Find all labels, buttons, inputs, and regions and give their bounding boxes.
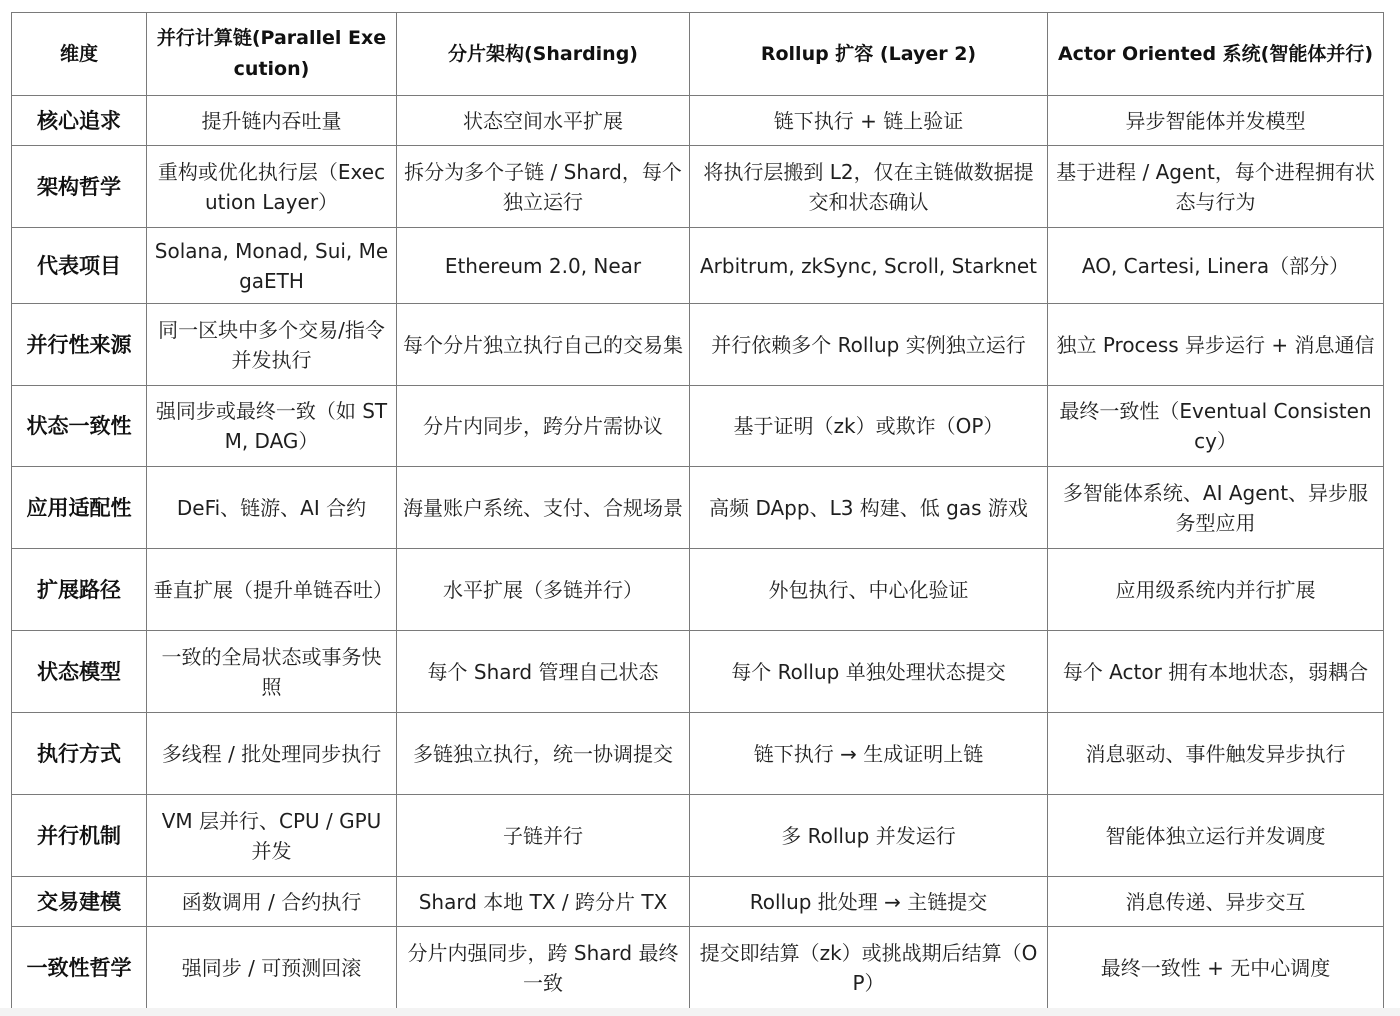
table-cell: 同一区块中多个交易/指令并发执行 bbox=[147, 304, 397, 386]
table-cell: 多 Rollup 并发运行 bbox=[690, 795, 1048, 877]
table-cell: 重构或优化执行层（Execution Layer） bbox=[147, 146, 397, 228]
table-row: 应用适配性 DeFi、链游、AI 合约 海量账户系统、支付、合规场景 高频 DA… bbox=[12, 467, 1384, 549]
table-cell: 提交即结算（zk）或挑战期后结算（OP） bbox=[690, 927, 1048, 1009]
table-cell: 消息传递、异步交互 bbox=[1048, 877, 1384, 927]
table-cell: 链下执行 → 生成证明上链 bbox=[690, 713, 1048, 795]
header-sharding: 分片架构(Sharding) bbox=[397, 13, 690, 96]
table-cell: VM 层并行、CPU / GPU 并发 bbox=[147, 795, 397, 877]
table-cell: 独立 Process 异步运行 + 消息通信 bbox=[1048, 304, 1384, 386]
header-dimension: 维度 bbox=[12, 13, 147, 96]
table-row: 代表项目 Solana, Monad, Sui, MegaETH Ethereu… bbox=[12, 228, 1384, 304]
table-row: 核心追求 提升链内吞吐量 状态空间水平扩展 链下执行 + 链上验证 异步智能体并… bbox=[12, 96, 1384, 146]
row-dimension: 扩展路径 bbox=[12, 549, 147, 631]
row-dimension: 应用适配性 bbox=[12, 467, 147, 549]
header-row: 维度 并行计算链(Parallel Execution) 分片架构(Shardi… bbox=[12, 13, 1384, 96]
table-cell: 外包执行、中心化验证 bbox=[690, 549, 1048, 631]
table-cell: 提升链内吞吐量 bbox=[147, 96, 397, 146]
table-row: 状态一致性 强同步或最终一致（如 STM, DAG） 分片内同步，跨分片需协议 … bbox=[12, 386, 1384, 467]
table-cell: 并行依赖多个 Rollup 实例独立运行 bbox=[690, 304, 1048, 386]
table-cell: 将执行层搬到 L2，仅在主链做数据提交和状态确认 bbox=[690, 146, 1048, 228]
table-cell: 水平扩展（多链并行） bbox=[397, 549, 690, 631]
table-cell: 分片内强同步，跨 Shard 最终一致 bbox=[397, 927, 690, 1009]
table-row: 并行性来源 同一区块中多个交易/指令并发执行 每个分片独立执行自己的交易集 并行… bbox=[12, 304, 1384, 386]
row-dimension: 状态一致性 bbox=[12, 386, 147, 467]
table-cell: 海量账户系统、支付、合规场景 bbox=[397, 467, 690, 549]
table-cell: 基于进程 / Agent，每个进程拥有状态与行为 bbox=[1048, 146, 1384, 228]
table-row: 架构哲学 重构或优化执行层（Execution Layer） 拆分为多个子链 /… bbox=[12, 146, 1384, 228]
row-dimension: 核心追求 bbox=[12, 96, 147, 146]
table-cell: AO, Cartesi, Linera（部分） bbox=[1048, 228, 1384, 304]
table-cell: 每个 Rollup 单独处理状态提交 bbox=[690, 631, 1048, 713]
table-cell: 状态空间水平扩展 bbox=[397, 96, 690, 146]
row-dimension: 架构哲学 bbox=[12, 146, 147, 228]
header-actor-oriented: Actor Oriented 系统(智能体并行) bbox=[1048, 13, 1384, 96]
table-row: 扩展路径 垂直扩展（提升单链吞吐） 水平扩展（多链并行） 外包执行、中心化验证 … bbox=[12, 549, 1384, 631]
table-cell: 子链并行 bbox=[397, 795, 690, 877]
row-dimension: 状态模型 bbox=[12, 631, 147, 713]
table-cell: 分片内同步，跨分片需协议 bbox=[397, 386, 690, 467]
table-row: 一致性哲学 强同步 / 可预测回滚 分片内强同步，跨 Shard 最终一致 提交… bbox=[12, 927, 1384, 1009]
table-cell: DeFi、链游、AI 合约 bbox=[147, 467, 397, 549]
table-cell: 一致的全局状态或事务快照 bbox=[147, 631, 397, 713]
table-cell: Ethereum 2.0, Near bbox=[397, 228, 690, 304]
table-cell: 智能体独立运行并发调度 bbox=[1048, 795, 1384, 877]
table-cell: Rollup 批处理 → 主链提交 bbox=[690, 877, 1048, 927]
table-cell: 每个分片独立执行自己的交易集 bbox=[397, 304, 690, 386]
table-cell: Solana, Monad, Sui, MegaETH bbox=[147, 228, 397, 304]
row-dimension: 一致性哲学 bbox=[12, 927, 147, 1009]
table-cell: 拆分为多个子链 / Shard，每个独立运行 bbox=[397, 146, 690, 228]
table-row: 交易建模 函数调用 / 合约执行 Shard 本地 TX / 跨分片 TX Ro… bbox=[12, 877, 1384, 927]
row-dimension: 代表项目 bbox=[12, 228, 147, 304]
table-row: 状态模型 一致的全局状态或事务快照 每个 Shard 管理自己状态 每个 Rol… bbox=[12, 631, 1384, 713]
table-cell: 高频 DApp、L3 构建、低 gas 游戏 bbox=[690, 467, 1048, 549]
table-row: 执行方式 多线程 / 批处理同步执行 多链独立执行，统一协调提交 链下执行 → … bbox=[12, 713, 1384, 795]
table-cell: 链下执行 + 链上验证 bbox=[690, 96, 1048, 146]
table-cell: 应用级系统内并行扩展 bbox=[1048, 549, 1384, 631]
table-cell: 每个 Actor 拥有本地状态，弱耦合 bbox=[1048, 631, 1384, 713]
table-cell: 多线程 / 批处理同步执行 bbox=[147, 713, 397, 795]
table-cell: 强同步或最终一致（如 STM, DAG） bbox=[147, 386, 397, 467]
table-cell: 函数调用 / 合约执行 bbox=[147, 877, 397, 927]
table-cell: 消息驱动、事件触发异步执行 bbox=[1048, 713, 1384, 795]
table-cell: 最终一致性（Eventual Consistency） bbox=[1048, 386, 1384, 467]
table-cell: 异步智能体并发模型 bbox=[1048, 96, 1384, 146]
table-cell: 多链独立执行，统一协调提交 bbox=[397, 713, 690, 795]
header-parallel-execution: 并行计算链(Parallel Execution) bbox=[147, 13, 397, 96]
table-cell: 最终一致性 + 无中心调度 bbox=[1048, 927, 1384, 1009]
header-rollup: Rollup 扩容 (Layer 2) bbox=[690, 13, 1048, 96]
table-cell: 基于证明（zk）或欺诈（OP） bbox=[690, 386, 1048, 467]
comparison-table: 维度 并行计算链(Parallel Execution) 分片架构(Shardi… bbox=[11, 12, 1384, 1009]
table-cell: 多智能体系统、AI Agent、异步服务型应用 bbox=[1048, 467, 1384, 549]
row-dimension: 交易建模 bbox=[12, 877, 147, 927]
table-cell: Shard 本地 TX / 跨分片 TX bbox=[397, 877, 690, 927]
table-row: 并行机制 VM 层并行、CPU / GPU 并发 子链并行 多 Rollup 并… bbox=[12, 795, 1384, 877]
page-bottom-edge bbox=[0, 1008, 1400, 1016]
table-cell: 每个 Shard 管理自己状态 bbox=[397, 631, 690, 713]
row-dimension: 执行方式 bbox=[12, 713, 147, 795]
table-cell: Arbitrum, zkSync, Scroll, Starknet bbox=[690, 228, 1048, 304]
table-cell: 垂直扩展（提升单链吞吐） bbox=[147, 549, 397, 631]
table-cell: 强同步 / 可预测回滚 bbox=[147, 927, 397, 1009]
row-dimension: 并行机制 bbox=[12, 795, 147, 877]
row-dimension: 并行性来源 bbox=[12, 304, 147, 386]
